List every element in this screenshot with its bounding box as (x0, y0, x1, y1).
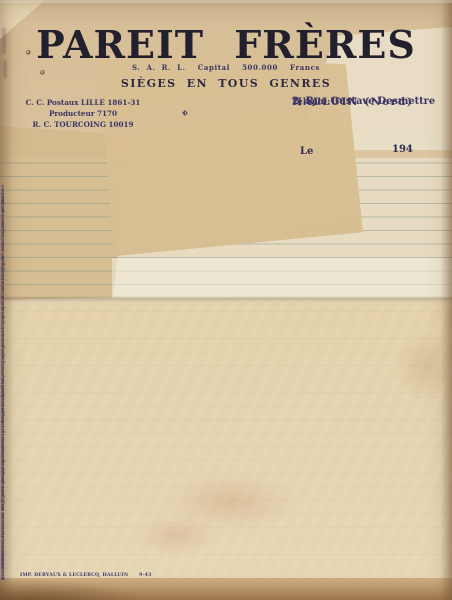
paper-light-band (112, 258, 452, 298)
conditions-line: gare d'Halluin. En cas de litige le Trib… (1, 377, 6, 580)
paper-bottom-edge (0, 578, 452, 600)
top-edge-highlight (0, 0, 452, 3)
company-name: PAREIT FRÈRES (0, 22, 452, 67)
address-phone: Téléph.: 161 (292, 95, 352, 108)
date-year-stub: 194 (392, 144, 413, 155)
ornament-dot (183, 112, 185, 114)
legal-capital-line: S. A. R. L. Capital 500.000 Francs (0, 63, 452, 72)
margin-conditions-text: Les délais de livraison ne sont faits qu… (1, 162, 21, 580)
date-prefix: Le (300, 146, 313, 157)
producer-number: Producteur 7170 (16, 108, 150, 119)
registration-block: C. C. Postaux LILLE 1861-31 Producteur 7… (16, 97, 150, 130)
divider-ornament-icon (183, 109, 287, 116)
printer-imprint: IMP. DERVAUX & LECLERCQ, HALLUIN 9-43 (20, 573, 151, 578)
trade-register: R. C. TOURCOING 10019 (16, 119, 150, 130)
letterhead-scan: PAREIT FRÈRES S. A. R. L. Capital 500.00… (0, 0, 452, 600)
paper-lower-body (0, 303, 452, 579)
right-edge-shadow (441, 0, 452, 600)
postal-account: C. C. Postaux LILLE 1861-31 (16, 97, 150, 108)
company-tagline: SIÈGES EN TOUS GENRES (0, 77, 452, 90)
